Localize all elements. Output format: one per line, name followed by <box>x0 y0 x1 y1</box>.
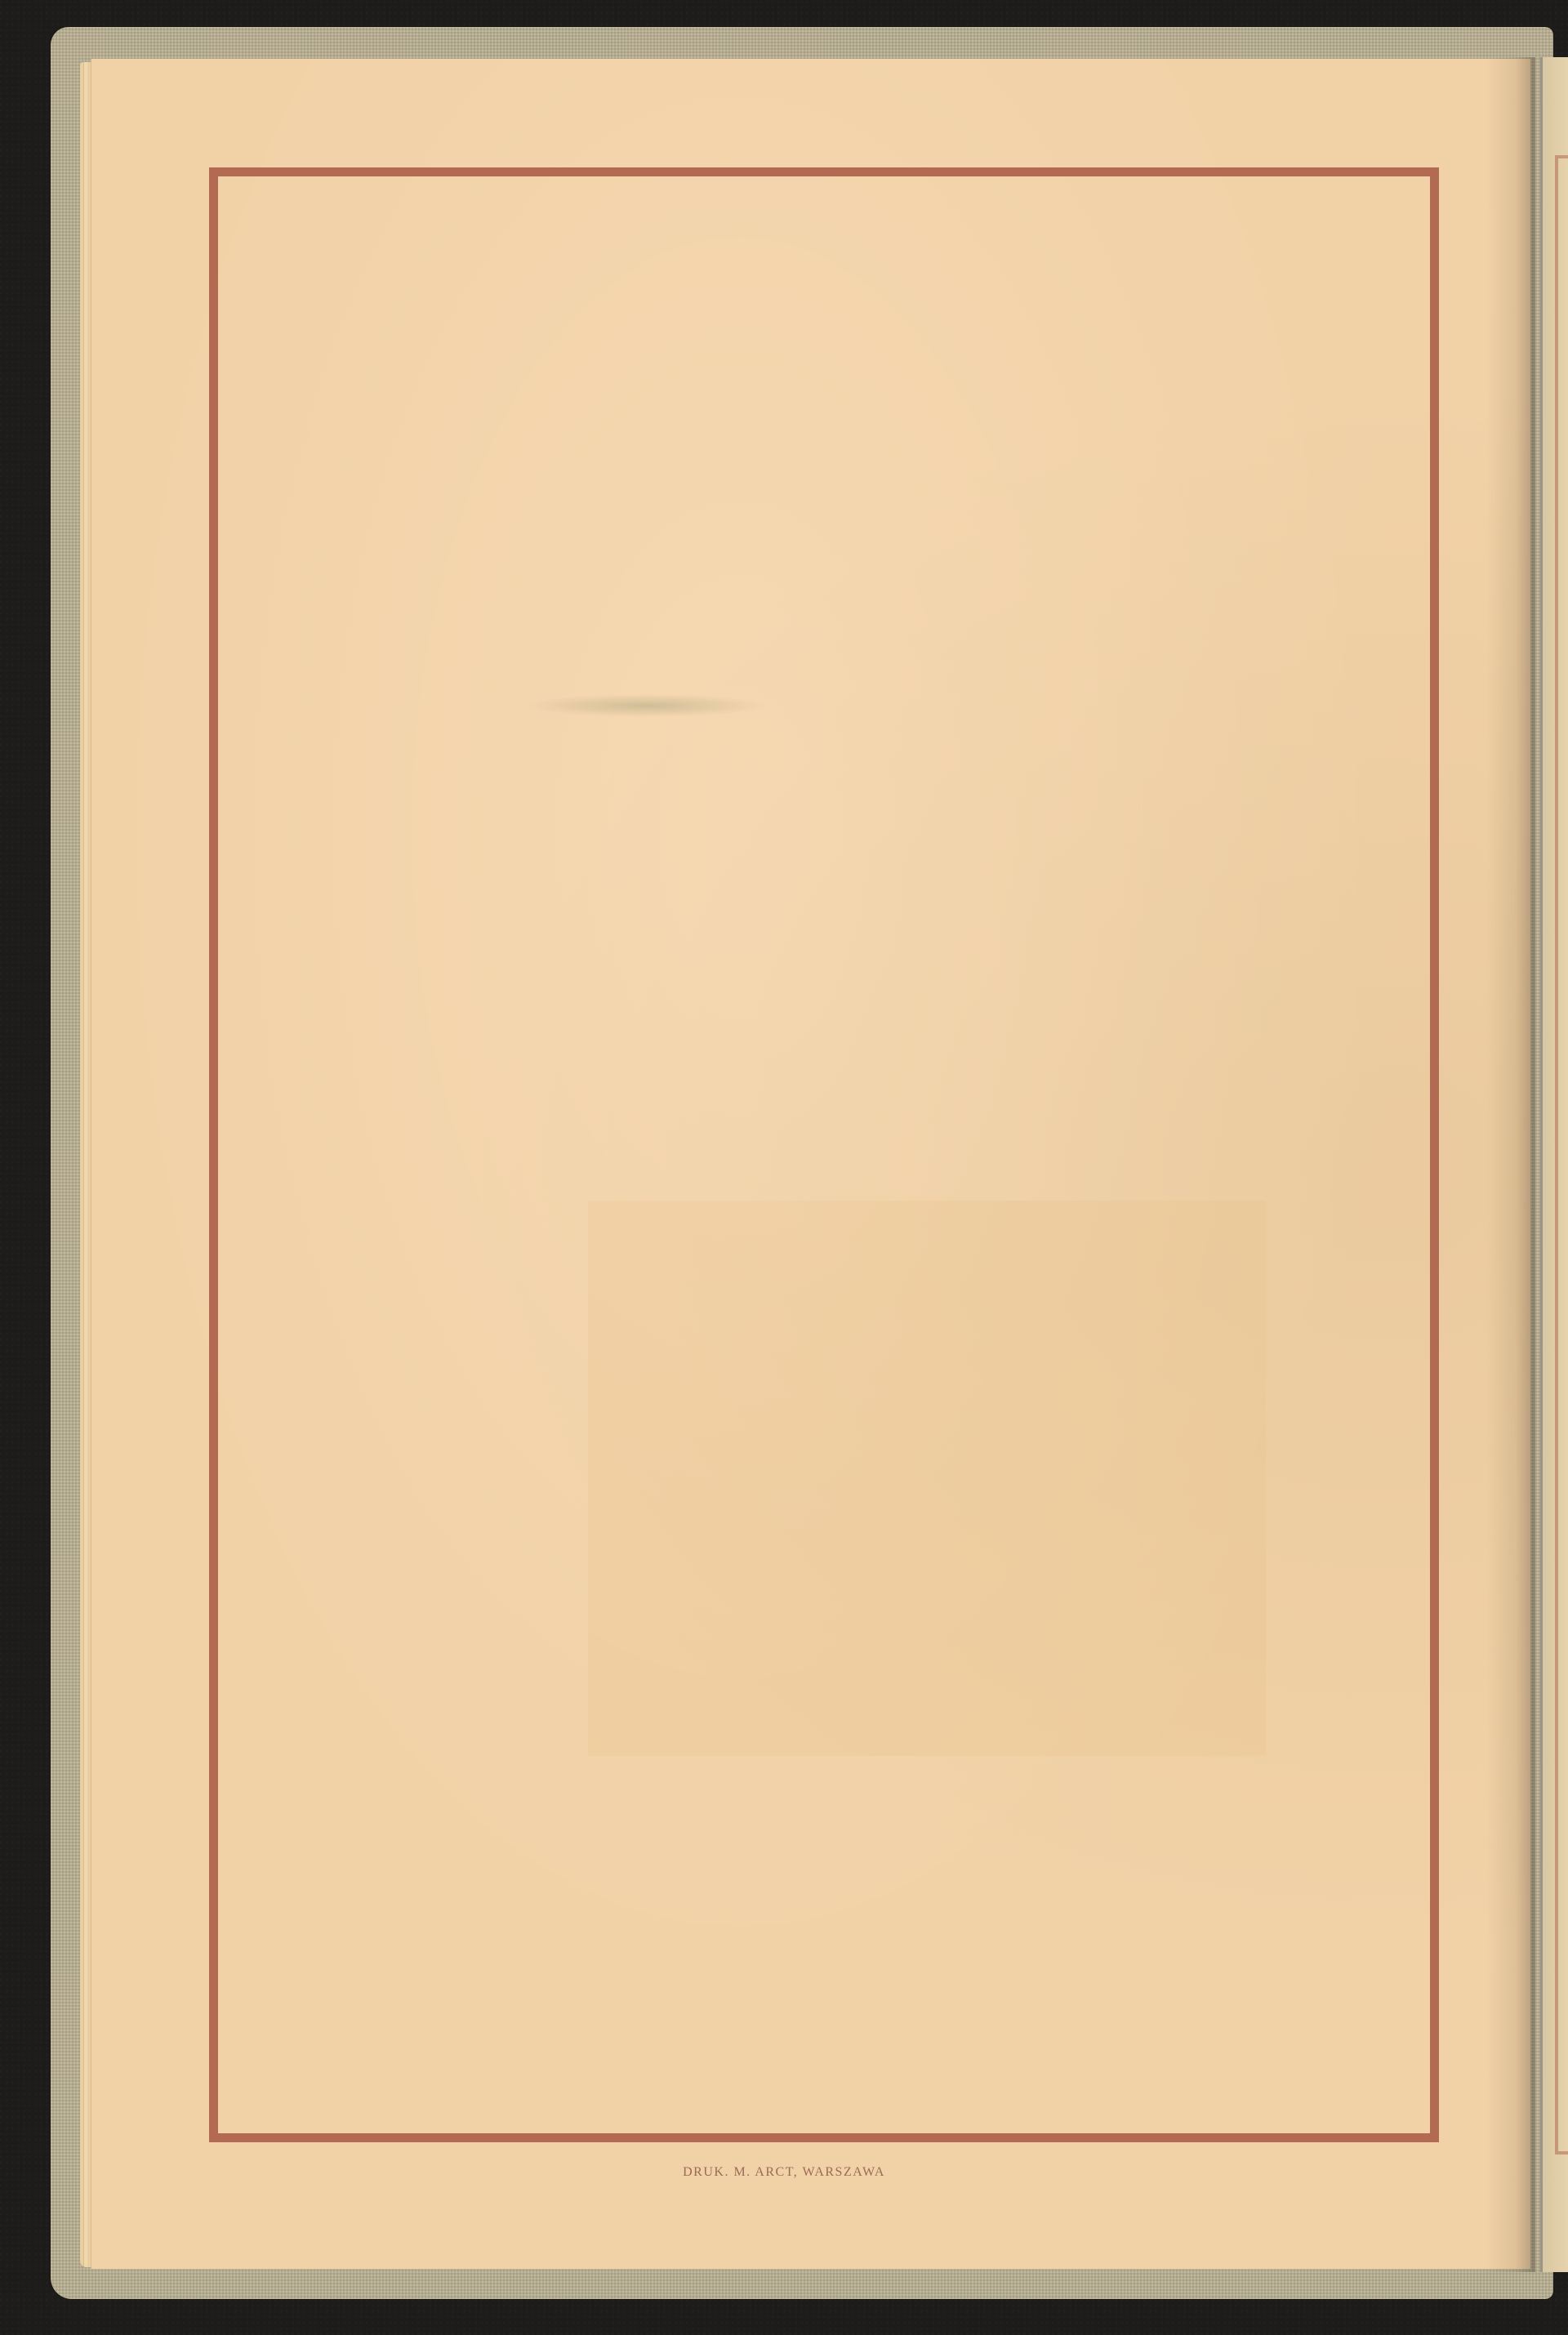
gutter-shadow <box>1486 57 1535 2272</box>
printer-imprint: DRUK. M. ARCT, WARSZAWA <box>0 2165 1568 2180</box>
decorative-border-frame <box>209 167 1439 2142</box>
facing-page-frame <box>1555 155 1568 2155</box>
